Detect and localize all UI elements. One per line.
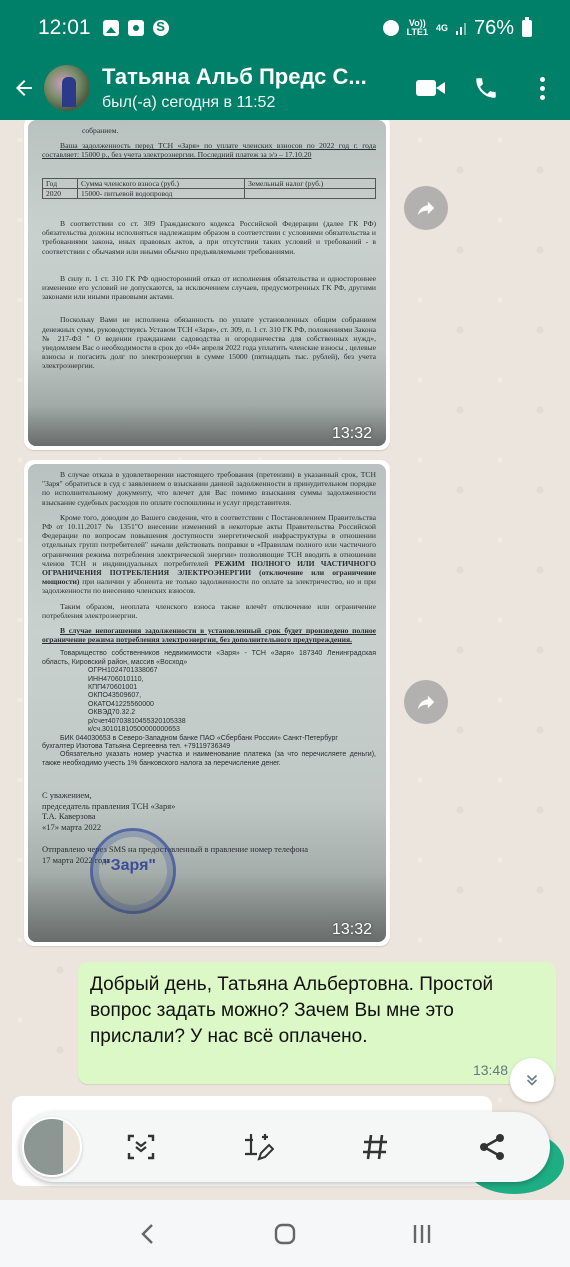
outgoing-message[interactable]: Добрый день, Татьяна Альбертовна. Просто… — [78, 962, 556, 1084]
message-text: Добрый день, Татьяна Альбертовна. Просто… — [90, 972, 544, 1050]
nav-home-button[interactable] — [255, 1209, 315, 1259]
crop-edit-icon — [242, 1131, 274, 1163]
battery-percent: 76% — [474, 17, 514, 40]
contact-name: Татьяна Альб Предс С... — [102, 64, 384, 90]
video-call-button[interactable] — [402, 60, 458, 116]
tag-button[interactable] — [316, 1112, 433, 1182]
scroll-capture-icon — [125, 1131, 157, 1163]
nav-recents-button[interactable] — [392, 1209, 452, 1259]
signal-icon — [456, 21, 466, 35]
message-time: 13:32 — [332, 925, 372, 934]
share-button[interactable] — [433, 1112, 550, 1182]
phone-icon — [473, 75, 499, 101]
share-icon — [476, 1131, 508, 1163]
chevron-left-icon — [138, 1222, 158, 1246]
forward-button[interactable] — [404, 680, 448, 724]
forward-icon — [415, 691, 437, 713]
volte-indicator: Vo)) LTE1 — [407, 19, 428, 37]
message-time: 13:32 — [332, 429, 372, 438]
scroll-to-bottom-button[interactable] — [510, 1058, 554, 1102]
alarm-icon — [383, 20, 399, 36]
card-icon — [128, 20, 144, 36]
screenshot-toolbar — [20, 1112, 550, 1182]
more-vert-icon — [540, 77, 545, 100]
video-camera-icon — [416, 80, 436, 96]
shazam-icon — [153, 20, 169, 36]
more-options-button[interactable] — [514, 60, 570, 116]
screenshot-thumbnail[interactable] — [22, 1117, 82, 1177]
document-photo[interactable]: собранием. Ваша задолженность перед ТСН … — [28, 120, 386, 446]
crop-edit-button[interactable] — [199, 1112, 316, 1182]
status-time: 12:01 — [38, 16, 91, 40]
nav-back-button[interactable] — [118, 1209, 178, 1259]
debt-statement: Ваша задолженность перед ТСН «Заря» по у… — [42, 141, 376, 159]
battery-icon — [522, 20, 532, 37]
contact-info[interactable]: Татьяна Альб Предс С... был(-а) сегодня … — [102, 64, 402, 112]
hashtag-icon — [359, 1131, 391, 1163]
chevron-double-down-icon — [523, 1071, 541, 1089]
back-button[interactable] — [4, 68, 44, 108]
message-time: 13:48 — [473, 1062, 508, 1078]
image-message[interactable]: собранием. Ваша задолженность перед ТСН … — [24, 120, 390, 450]
recents-icon — [410, 1222, 434, 1246]
home-icon — [273, 1222, 297, 1246]
image-message[interactable]: В случае отказа в удовлетворении настоящ… — [24, 460, 390, 946]
arrow-left-icon — [12, 76, 36, 100]
scroll-capture-button[interactable] — [82, 1112, 199, 1182]
last-seen: был(-а) сегодня в 11:52 — [102, 94, 402, 112]
chat-header: Татьяна Альб Предс С... был(-а) сегодня … — [0, 56, 570, 120]
status-bar: 12:01 Vo)) LTE1 4G 76% — [0, 0, 570, 56]
avatar[interactable] — [44, 65, 90, 111]
forward-icon — [415, 197, 437, 219]
voice-call-button[interactable] — [458, 60, 514, 116]
chat-area[interactable]: собранием. Ваша задолженность перед ТСН … — [0, 120, 570, 1200]
fee-table: Год Сумма членского взноса (руб.) Земель… — [42, 178, 376, 199]
gallery-icon — [103, 20, 119, 36]
forward-button[interactable] — [404, 186, 448, 230]
network-type: 4G — [436, 24, 448, 33]
navigation-bar — [0, 1200, 570, 1267]
document-photo[interactable]: В случае отказа в удовлетворении настоящ… — [28, 464, 386, 942]
